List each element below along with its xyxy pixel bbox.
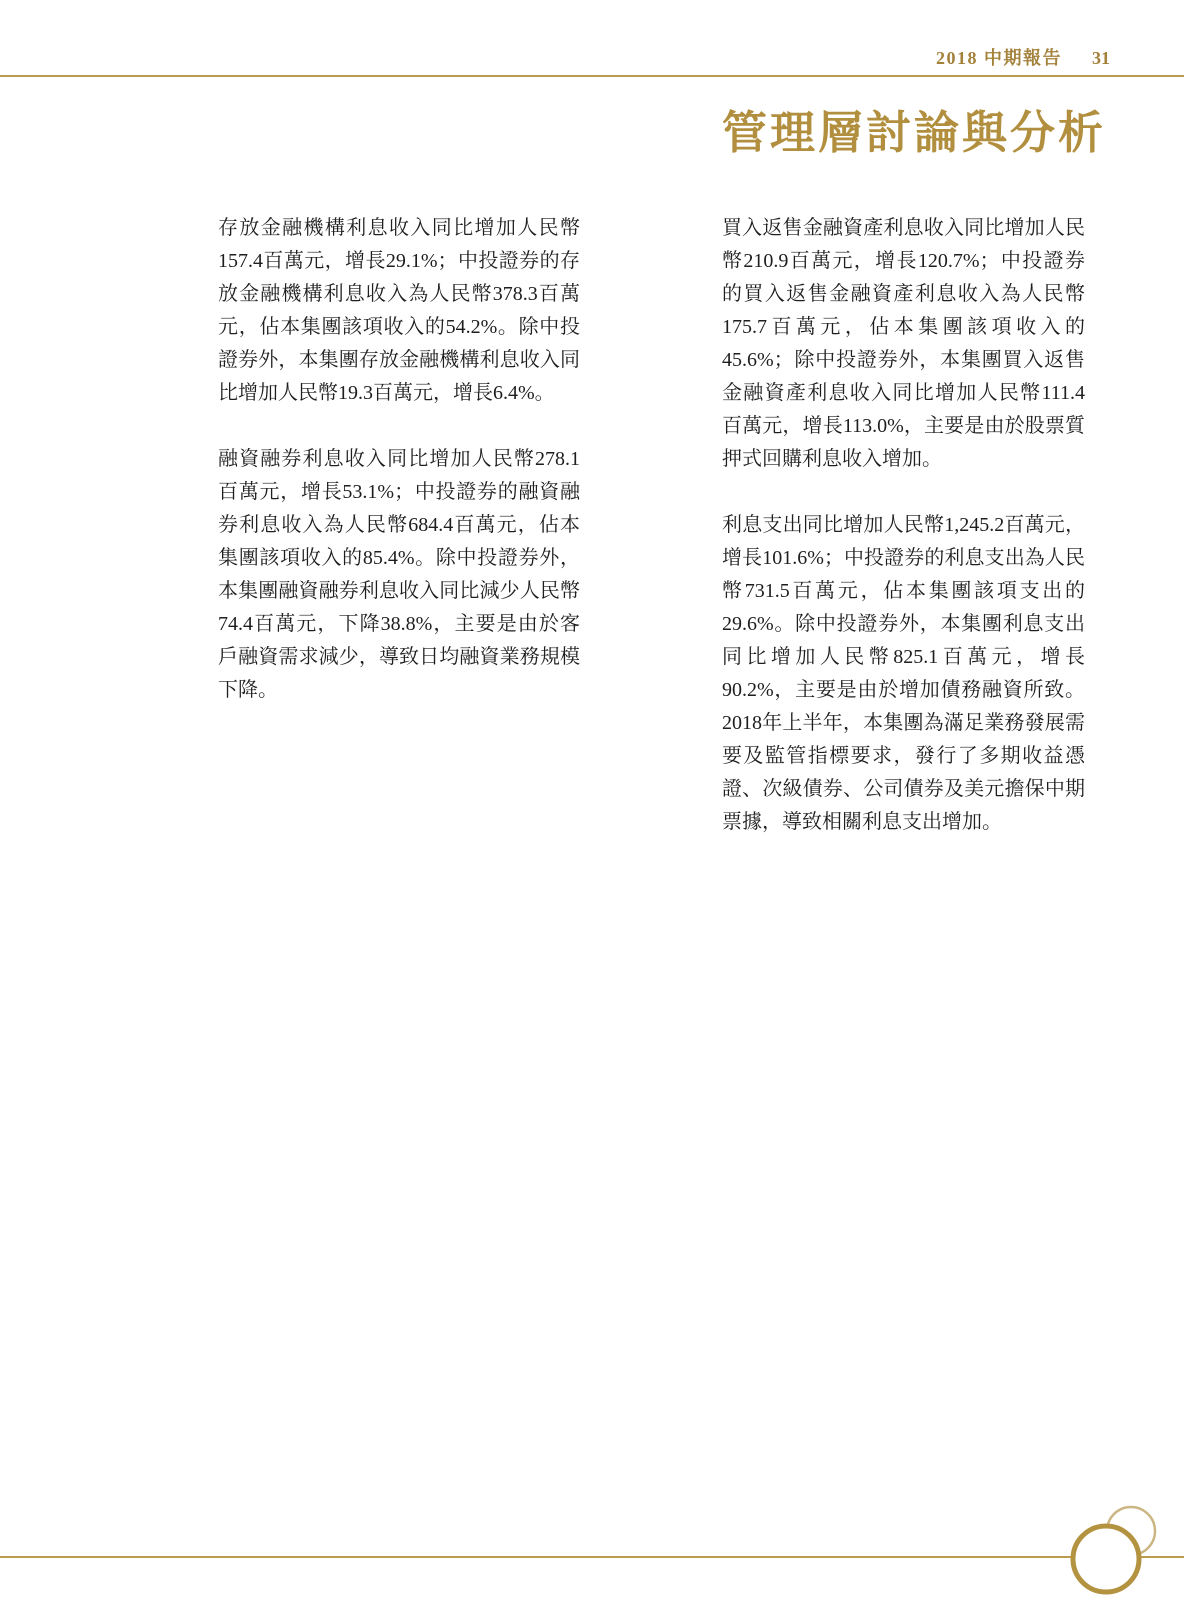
header-rule — [0, 75, 1184, 77]
content-columns: 存放金融機構利息收入同比增加人民幣157.4百萬元，增長29.1%；中投證券的存… — [218, 212, 1085, 839]
page-number: 31 — [1092, 48, 1110, 68]
section-title: 管理層討論與分析 — [722, 96, 1106, 161]
report-page: 2018 中期報告 31 管理層討論與分析 存放金融機構利息收入同比增加人民幣1… — [0, 0, 1190, 1615]
paragraph-resale-agreements: 買入返售金融資產利息收入同比增加人民幣210.9百萬元，增長120.7%；中投證… — [722, 212, 1085, 476]
ring-dark-icon — [1073, 1526, 1139, 1592]
right-column: 買入返售金融資產利息收入同比增加人民幣210.9百萬元，增長120.7%；中投證… — [722, 212, 1085, 839]
paragraph-deposits-interest: 存放金融機構利息收入同比增加人民幣157.4百萬元，增長29.1%；中投證券的存… — [218, 212, 580, 410]
left-column: 存放金融機構利息收入同比增加人民幣157.4百萬元，增長29.1%；中投證券的存… — [218, 212, 580, 839]
paragraph-interest-expense: 利息支出同比增加人民幣1,245.2百萬元，增長101.6%；中投證券的利息支出… — [722, 509, 1085, 839]
report-title: 2018 中期報告 — [936, 48, 1062, 68]
paragraph-margin-financing: 融資融券利息收入同比增加人民幣278.1百萬元，增長53.1%；中投證券的融資融… — [218, 443, 580, 707]
page-header: 2018 中期報告 31 — [936, 44, 1110, 70]
footer-decoration — [0, 1485, 1190, 1615]
